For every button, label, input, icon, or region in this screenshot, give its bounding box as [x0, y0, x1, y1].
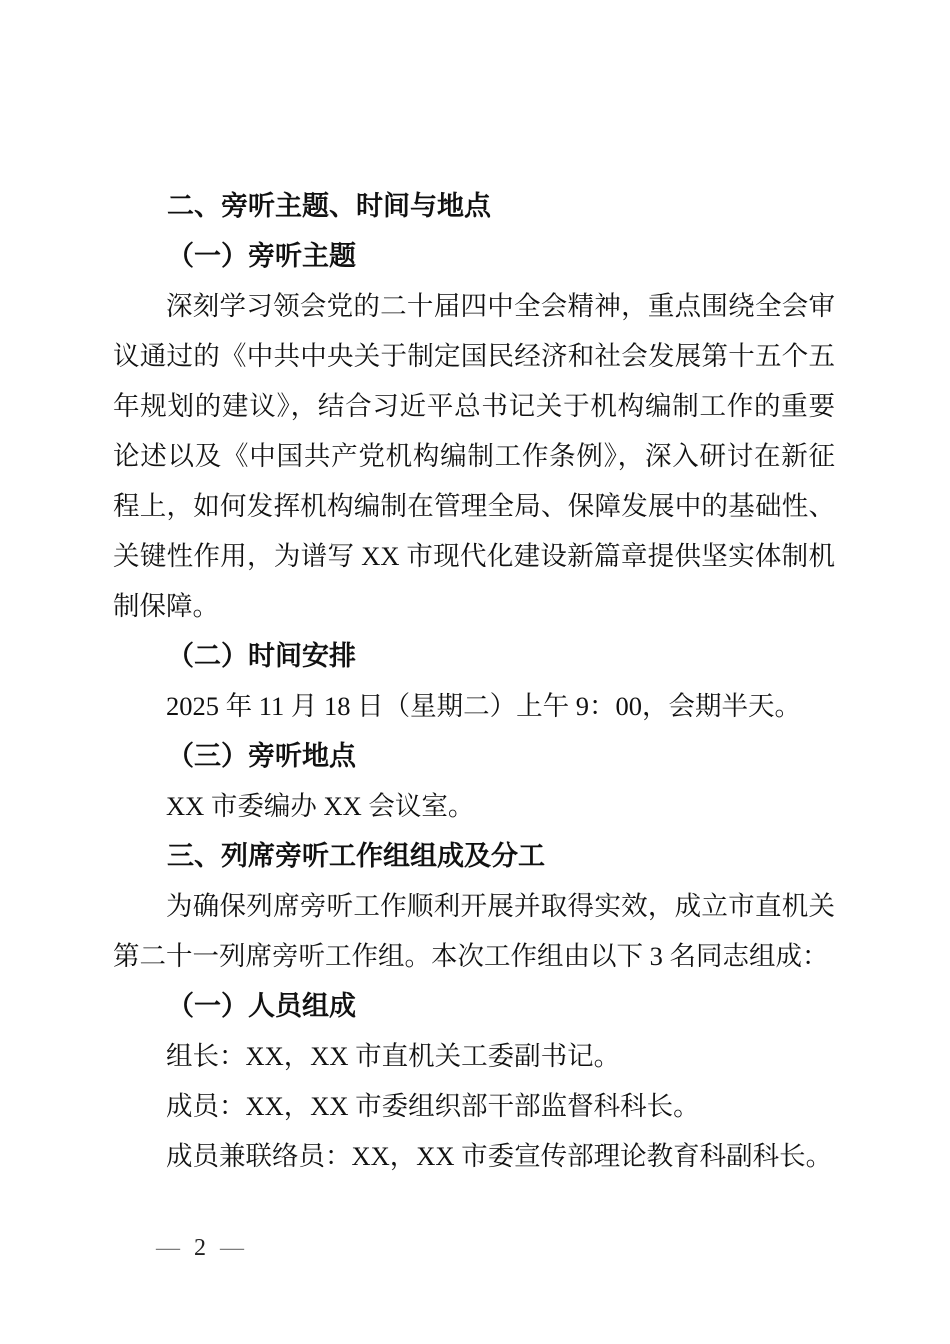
subsection-heading-2-2: （二）时间安排 — [113, 631, 835, 681]
paragraph-workgroup: 为确保列席旁听工作顺利开展并取得实效，成立市直机关第二十一列席旁听工作组。本次工… — [113, 881, 835, 981]
page-footer: — 2 — — [156, 1228, 244, 1268]
document-page: 二、旁听主题、时间与地点 （一）旁听主题 深刻学习领会党的二十届四中全会精神，重… — [0, 0, 950, 1344]
paragraph-location: XX 市委编办 XX 会议室。 — [113, 781, 835, 831]
subsection-heading-3-1: （一）人员组成 — [113, 981, 835, 1031]
paragraph-theme: 深刻学习领会党的二十届四中全会精神，重点围绕全会审议通过的《中共中央关于制定国民… — [113, 281, 835, 631]
section-heading-3: 三、列席旁听工作组组成及分工 — [113, 831, 835, 881]
page-number-dash-right: — — [220, 1228, 244, 1268]
subsection-heading-2-3: （三）旁听地点 — [113, 731, 835, 781]
paragraph-time: 2025 年 11 月 18 日（星期二）上午 9：00，会期半天。 — [113, 681, 835, 731]
subsection-heading-2-1: （一）旁听主题 — [113, 231, 835, 281]
paragraph-leader: 组长：XX，XX 市直机关工委副书记。 — [113, 1031, 835, 1081]
page-number-dash-left: — — [156, 1228, 180, 1268]
paragraph-member-liaison: 成员兼联络员：XX，XX 市委宣传部理论教育科副科长。 — [113, 1131, 835, 1181]
paragraph-member: 成员：XX，XX 市委组织部干部监督科科长。 — [113, 1081, 835, 1131]
section-heading-2: 二、旁听主题、时间与地点 — [113, 181, 835, 231]
document-body: 二、旁听主题、时间与地点 （一）旁听主题 深刻学习领会党的二十届四中全会精神，重… — [113, 181, 835, 1181]
page-number: 2 — [194, 1228, 206, 1268]
